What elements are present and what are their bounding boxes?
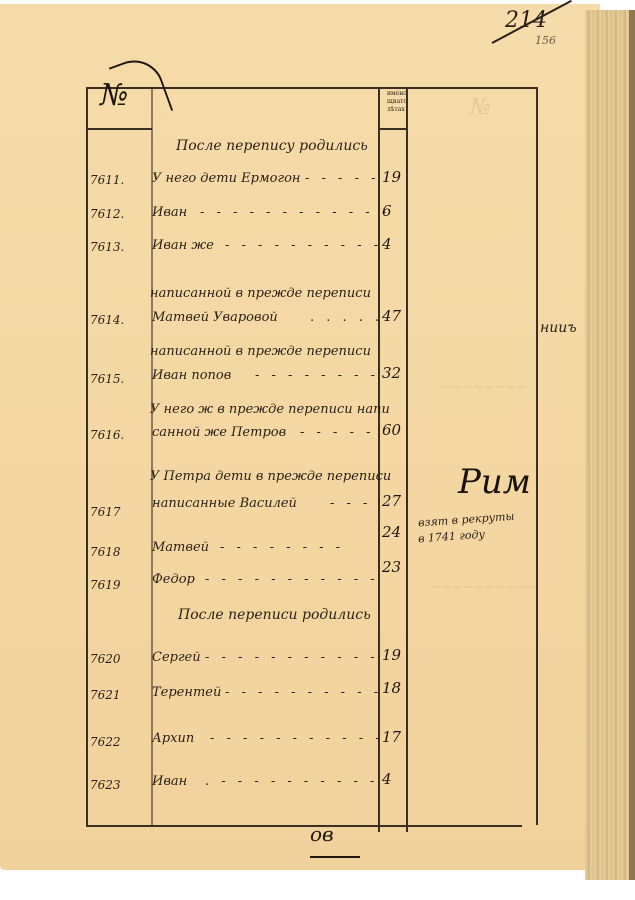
entry-name: У него дети Ермогон bbox=[152, 171, 300, 186]
dash-leader: - - - bbox=[330, 496, 371, 511]
bleed-through-text: ~~~~~~~~~~ bbox=[430, 580, 539, 595]
entry-preface: У Петра дети в прежде переписи bbox=[150, 469, 391, 484]
entry-number: 7620 bbox=[90, 652, 121, 666]
bleed-through-text: ~~~~~~~~ bbox=[440, 380, 527, 395]
age-column-left-rule bbox=[378, 87, 380, 832]
dash-leader: . - - - - - - - - - - bbox=[205, 774, 378, 789]
section-title: После перепису родились bbox=[176, 138, 368, 154]
age-header-rule bbox=[378, 128, 406, 130]
dash-leader: - - - - - - - - - - - - bbox=[200, 205, 390, 220]
book-page-edges bbox=[585, 10, 635, 880]
entry-age: 47 bbox=[382, 307, 401, 325]
dash-leader: - - - - - - - - bbox=[255, 368, 379, 383]
bleed-through-text: № bbox=[470, 95, 491, 120]
entry-name: написанные Василей bbox=[152, 496, 297, 511]
dash-leader: - - - - - - - - bbox=[220, 540, 344, 555]
entry-name: Иван же bbox=[152, 238, 214, 253]
dash-leader: - - - - - - - - - - - bbox=[205, 650, 379, 665]
entry-age: 18 bbox=[382, 679, 401, 697]
entry-age: 4 bbox=[382, 235, 392, 253]
folio-number: 214 bbox=[505, 8, 547, 33]
bottom-mark-flourish bbox=[310, 856, 360, 858]
margin-column-rule bbox=[536, 87, 538, 825]
entry-age: 17 bbox=[382, 728, 401, 746]
entry-number: 7614. bbox=[90, 313, 124, 327]
dash-leader: - - - - - - - - - - bbox=[225, 685, 382, 700]
entry-number: 7616. bbox=[90, 428, 124, 442]
entry-name: Иван bbox=[152, 774, 187, 789]
age-column-header: имено щиато лѣтах bbox=[387, 90, 421, 114]
folio-sub-number: 156 bbox=[535, 34, 556, 47]
age-column-right-rule bbox=[406, 87, 408, 832]
entry-number: 7623 bbox=[90, 778, 121, 792]
entry-age: 4 bbox=[382, 770, 392, 788]
entry-name: Иван bbox=[152, 205, 187, 220]
entry-age: 32 bbox=[382, 364, 401, 382]
number-column-rule bbox=[151, 87, 153, 825]
header-number-rule bbox=[86, 128, 152, 130]
dash-leader: - - - - - - - - - - bbox=[225, 238, 382, 253]
entry-name: Архип bbox=[152, 731, 194, 746]
entry-number: 7619 bbox=[90, 578, 121, 592]
entry-preface: написанной в прежде переписи bbox=[150, 344, 371, 359]
signature: Рим bbox=[458, 462, 531, 502]
entry-name: Терентей bbox=[152, 685, 221, 700]
entry-number: 7612. bbox=[90, 207, 124, 221]
entry-name: Матвей Уваровой bbox=[152, 310, 278, 325]
entry-name: Сергей bbox=[152, 650, 201, 665]
entry-name: санной же Петров bbox=[152, 425, 286, 440]
entry-age: 27 bbox=[382, 492, 401, 510]
entry-preface: У него ж в прежде переписи напи bbox=[150, 402, 390, 417]
entry-number: 7611. bbox=[90, 173, 124, 187]
number-column-header: № bbox=[100, 78, 128, 113]
entry-number: 7613. bbox=[90, 240, 124, 254]
entry-age: 6 bbox=[382, 202, 392, 220]
entry-age: 23 bbox=[382, 558, 401, 576]
entry-preface: написанной в прежде переписи bbox=[150, 286, 371, 301]
dash-leader: . . . . . bbox=[310, 310, 383, 325]
section-title: После переписи родились bbox=[178, 607, 371, 623]
entry-number: 7622 bbox=[90, 735, 121, 749]
entry-age: 24 bbox=[382, 523, 401, 541]
dash-leader: - - - - - bbox=[300, 425, 375, 440]
dash-leader: - - - - - - - - - - - bbox=[205, 572, 379, 587]
dash-leader: - - - - - - - - - - - bbox=[210, 731, 384, 746]
dash-leader: - - - - - bbox=[305, 171, 380, 186]
entry-name: Матвей bbox=[152, 540, 209, 555]
entry-number: 7618 bbox=[90, 545, 121, 559]
margin-note: нииъ bbox=[540, 320, 577, 336]
entry-number: 7621 bbox=[90, 688, 121, 702]
entry-age: 19 bbox=[382, 168, 401, 186]
table-bottom-rule bbox=[86, 825, 522, 827]
bottom-mark: ов bbox=[310, 822, 334, 846]
entry-number: 7617 bbox=[90, 505, 121, 519]
entry-age: 60 bbox=[382, 421, 401, 439]
entry-name: Иван попов bbox=[152, 368, 231, 383]
entry-number: 7615. bbox=[90, 372, 124, 386]
table-left-rule bbox=[86, 87, 88, 825]
entry-name: Федор bbox=[152, 572, 195, 587]
entry-age: 19 bbox=[382, 646, 401, 664]
